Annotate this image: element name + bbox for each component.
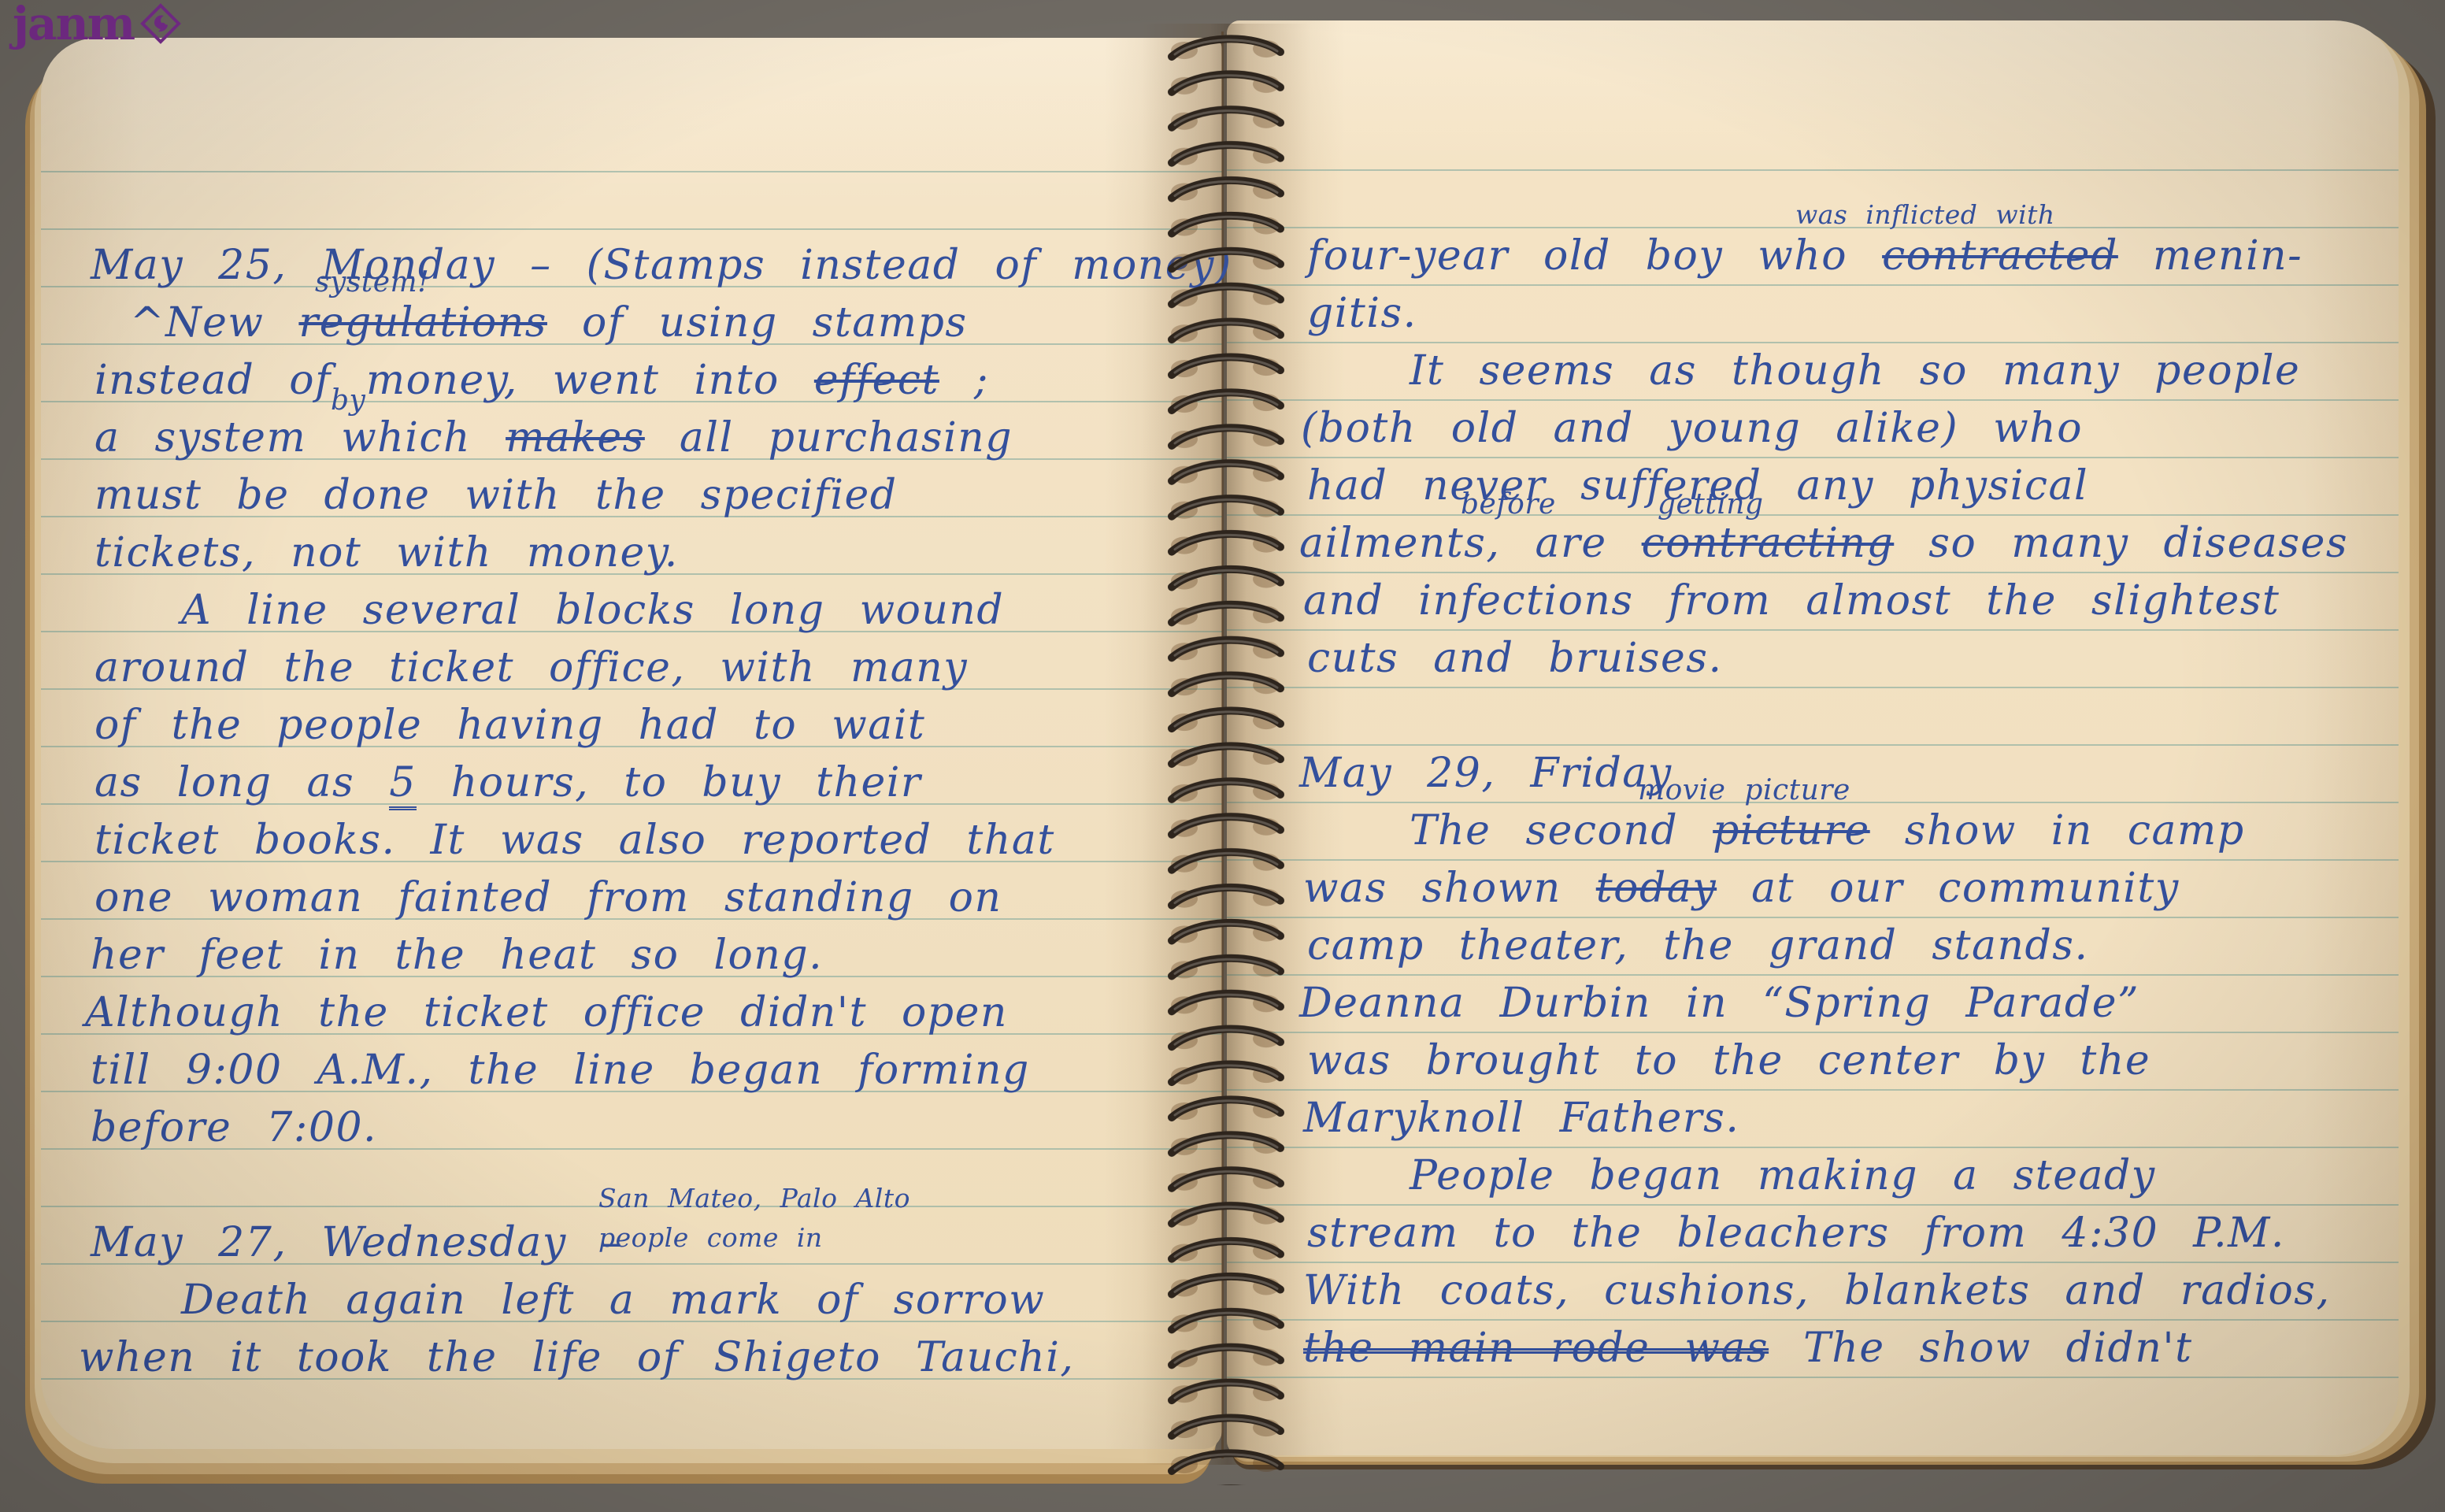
struck-word: picture [1713, 807, 1870, 854]
handwriting-line: four-year old boy who contracted menin-w… [1307, 232, 2302, 291]
diary-entry-date-may29: May 29, Friday [1299, 750, 1673, 797]
handwriting-line: ^New regulations of using stampssystem! [130, 299, 968, 358]
struck-word: contracted [1882, 232, 2118, 280]
handwriting-line: instead of money, went into effect ; [94, 357, 989, 415]
handwriting-line: till 9:00 A.M., the line began forming [91, 1047, 1030, 1105]
handwriting-line: before 7:00. [91, 1104, 377, 1162]
janm-wordmark: janm [13, 0, 134, 47]
inserted-word: by [331, 384, 365, 417]
handwriting-line: With coats, cushions, blankets and radio… [1303, 1267, 2331, 1325]
inserted-phrase: was inflicted with [1795, 199, 2055, 230]
struck-word: effect [814, 357, 939, 404]
struck-word: contracting [1642, 520, 1895, 567]
handwriting-line: was brought to the center by the [1307, 1037, 2150, 1095]
handwriting-line: It seems as though so many people [1410, 347, 2300, 406]
handwriting-line: of the people having had to wait [94, 702, 925, 760]
inserted-word: before [1461, 488, 1556, 521]
handwriting-line: (both old and young alike) who [1301, 405, 2083, 463]
inserted-note: San Mateo, Palo Alto [598, 1183, 910, 1214]
handwriting-line: camp theater, the grand stands. [1307, 922, 2089, 980]
handwriting-line: The second picture show in campmovie pic… [1410, 807, 2245, 865]
inserted-note: people come in [598, 1222, 823, 1253]
handwriting-line: was shown today at our community [1303, 865, 2180, 923]
movie-title-text: Deanna Durbin in “Spring Parade” [1299, 980, 2139, 1027]
janm-crest-icon [139, 2, 183, 46]
handwriting-line: ticket books. It was also reported that [94, 817, 1055, 875]
inserted-word: system! [315, 266, 429, 298]
handwriting-line: People began making a steady [1410, 1152, 2156, 1210]
handwriting-line: tickets, not with money. [94, 529, 679, 587]
handwriting-line: as long as 5 hours, to buy their [94, 759, 921, 817]
handwriting-line: a system which makes all purchasingby [94, 414, 1013, 472]
handwriting-line: when it took the life of Shigeto Tauchi, [79, 1334, 1074, 1392]
handwriting-line: gitis. [1307, 290, 1417, 348]
diary-entry-date-may25: May 25, Monday – (Stamps instead of mone… [91, 242, 1232, 289]
handwriting-line: must be done with the specified [94, 472, 898, 530]
handwriting-line: stream to the bleachers from 4:30 P.M. [1307, 1210, 2285, 1268]
handwriting-line: cuts and bruises. [1307, 635, 1722, 693]
handwriting-line: Deanna Durbin in “Spring Parade” [1299, 980, 2139, 1038]
handwriting-line: May 27, Wednesday –San Mateo, Palo Altop… [91, 1219, 623, 1277]
handwriting-line: and infections from almost the slightest [1303, 577, 2280, 636]
notebook-photo: May 25, Monday – (Stamps instead of mone… [0, 0, 2445, 1512]
diary-entry-date-may27: May 27, Wednesday – [91, 1219, 623, 1266]
inserted-phrase: movie picture [1638, 774, 1850, 806]
handwriting-line: the main rode was The show didn't [1303, 1325, 2193, 1383]
handwriting-line: Maryknoll Fathers. [1303, 1095, 1739, 1153]
struck-word: regulations [298, 299, 547, 346]
handwriting-line: ailments, are contracting so many diseas… [1299, 520, 2348, 578]
handwriting-line: Although the ticket office didn't open [85, 989, 1008, 1047]
handwriting-line: A line several blocks long wound [181, 587, 1004, 645]
struck-word: today [1596, 865, 1717, 912]
underlined-number: 5 [389, 759, 417, 810]
handwriting-line: one woman fainted from standing on [94, 874, 1002, 932]
handwriting-line: May 29, Friday [1299, 750, 1673, 808]
scribbled-out-phrase: the main rode was [1303, 1325, 1769, 1372]
inserted-word: getting [1658, 488, 1764, 521]
janm-logo: janm [13, 0, 183, 47]
spiral-binding [1156, 30, 1294, 1485]
handwriting-line: Death again left a mark of sorrow [181, 1277, 1045, 1335]
handwriting-line: around the ticket office, with many [94, 644, 968, 702]
struck-word: makes [506, 414, 645, 461]
handwriting-line: May 25, Monday – (Stamps instead of mone… [91, 242, 1232, 300]
handwriting-line: her feet in the heat so long. [91, 932, 823, 990]
